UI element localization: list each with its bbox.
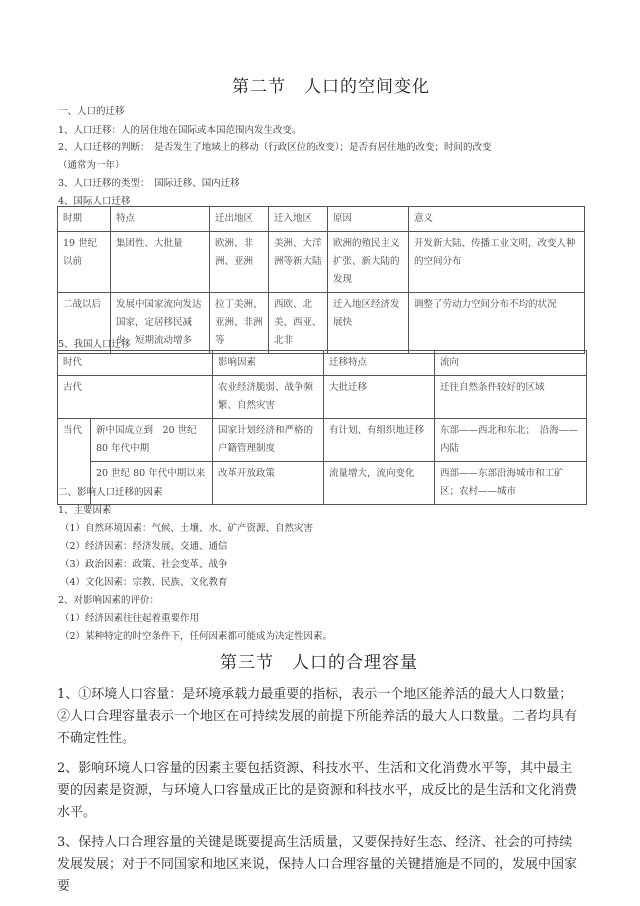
list-item: 4、国际人口迁移	[58, 193, 131, 207]
table-header: 意义	[409, 207, 585, 232]
table-cell: 国家计划经济和严格的户籍管理制度	[212, 419, 323, 462]
table-header: 迁出地区	[210, 207, 269, 232]
table-cell: 东部——西北和东北； 沿海——内陆	[434, 419, 586, 462]
table-header-row: 时期 特点 迁出地区 迁入地区 原因 意义	[58, 207, 585, 232]
section-title: 第三节 人口的合理容量	[220, 648, 418, 673]
table-header: 时期	[58, 207, 111, 232]
list-item: （2）某种特定的时空条件下，任何因素都可能成为决定性因素。	[60, 628, 332, 642]
table-header: 时代	[58, 351, 213, 376]
table-cell: 美洲、大洋洲等新大陆	[269, 232, 328, 293]
paragraph: 3、保持人口合理容量的关键是既要提高生活质量，又要保持好生态、经济、社会的可持续…	[57, 832, 581, 898]
section-title: 第二节 人口的空间变化	[232, 72, 430, 97]
table-row: 20 世纪 80 年代中期以来 改革开放政策 流量增大，流向变化 西部——东部沿…	[58, 462, 587, 505]
table-header: 特点	[111, 207, 210, 232]
table-cell: 大批迁移	[323, 376, 434, 419]
table-row: 19 世纪以前 集团性、大批量 欧洲、非洲、亚洲 美洲、大洋洲等新大陆 欧洲的殖…	[58, 232, 585, 293]
list-item: 1、人口迁移：人的居住地在国际或本国范围内发生改变。	[58, 122, 302, 136]
list-item: （1）自然环境因素：气候、土壤、水、矿产资源、自然灾害	[60, 520, 313, 534]
table-cell: 19 世纪以前	[58, 232, 111, 293]
list-item: 3、人口迁移的类型： 国际迁移、国内迁移	[58, 175, 240, 189]
list-item: 5、我国人口迁移	[58, 336, 131, 350]
table-cell: 拉丁美洲、亚洲、非洲等	[210, 293, 269, 354]
table-header-row: 时代 影响因素 迁移特点 流向	[58, 351, 587, 376]
paragraph: 2、影响环境人口容量的因素主要包括资源、科技水平、生活和文化消费水平等，其中最主…	[57, 758, 581, 824]
intl-migration-table: 时期 特点 迁出地区 迁入地区 原因 意义 19 世纪以前 集团性、大批量 欧洲…	[57, 206, 585, 354]
paragraph: 1、①环境人口容量：是环境承载力最重要的指标，表示一个地区能养活的最大人口数量；…	[57, 684, 581, 750]
table-cell: 欧洲、非洲、亚洲	[210, 232, 269, 293]
table-cell: 调整了劳动力空间分布不均的状况	[409, 293, 585, 354]
table-cell: 欧洲的殖民主义扩张、新大陆的发现	[328, 232, 409, 293]
list-item: （2）经济因素：经济发展、交通、通信	[60, 538, 228, 552]
table-header: 迁移特点	[323, 351, 434, 376]
list-item: （3）政治因素：政策、社会变革、战争	[60, 556, 228, 570]
table-row: 二战以后 发展中国家流向发达国家，定居移民减少，短期流动增多 拉丁美洲、亚洲、非…	[58, 293, 585, 354]
table-cell: 西部——东部沿海城市和工矿区；农村——城市	[434, 462, 586, 505]
list-item: （1）经济因素往往起着重要作用	[60, 610, 199, 624]
china-migration-table: 时代 影响因素 迁移特点 流向 古代 农业经济脆弱、战争频繁、自然灾害 大批迁移…	[57, 350, 587, 505]
list-item: 2、人口迁移的判断： 是否发生了地域上的移动（行政区位的改变）；是否有居住地的改…	[58, 139, 492, 153]
table-cell: 迁往自然条件较好的区域	[434, 376, 586, 419]
table-header: 原因	[328, 207, 409, 232]
table-cell: 有计划、有组织地迁移	[323, 419, 434, 462]
list-item: （4）文化因素：宗教、民族、文化教育	[60, 574, 228, 588]
table-row: 当代 新中国成立到 20 世纪 80 年代中期 国家计划经济和严格的户籍管理制度…	[58, 419, 587, 462]
table-cell: 西欧、北美、西亚、北非	[269, 293, 328, 354]
part-heading: 一、人口的迁移	[58, 103, 125, 117]
table-header: 流向	[434, 351, 586, 376]
table-header: 迁入地区	[269, 207, 328, 232]
table-cell: 改革开放政策	[212, 462, 323, 505]
table-cell: 新中国成立到 20 世纪 80 年代中期	[91, 419, 213, 462]
table-header: 影响因素	[212, 351, 323, 376]
list-item: （通常为一年）	[58, 157, 125, 171]
table-row: 古代 农业经济脆弱、战争频繁、自然灾害 大批迁移 迁往自然条件较好的区域	[58, 376, 587, 419]
table-cell: 集团性、大批量	[111, 232, 210, 293]
table-cell: 流量增大，流向变化	[323, 462, 434, 505]
table-cell: 迁入地区经济发展快	[328, 293, 409, 354]
table-cell: 农业经济脆弱、战争频繁、自然灾害	[212, 376, 323, 419]
part-heading: 二、影响人口迁移的因素	[58, 484, 163, 498]
table-cell: 开发新大陆、传播工业文明，改变人种的空间分布	[409, 232, 585, 293]
list-item: 1、主要因素	[58, 502, 112, 516]
list-item: 2、对影响因素的评价：	[58, 592, 159, 606]
table-cell: 20 世纪 80 年代中期以来	[91, 462, 213, 505]
table-cell: 古代	[58, 376, 213, 419]
